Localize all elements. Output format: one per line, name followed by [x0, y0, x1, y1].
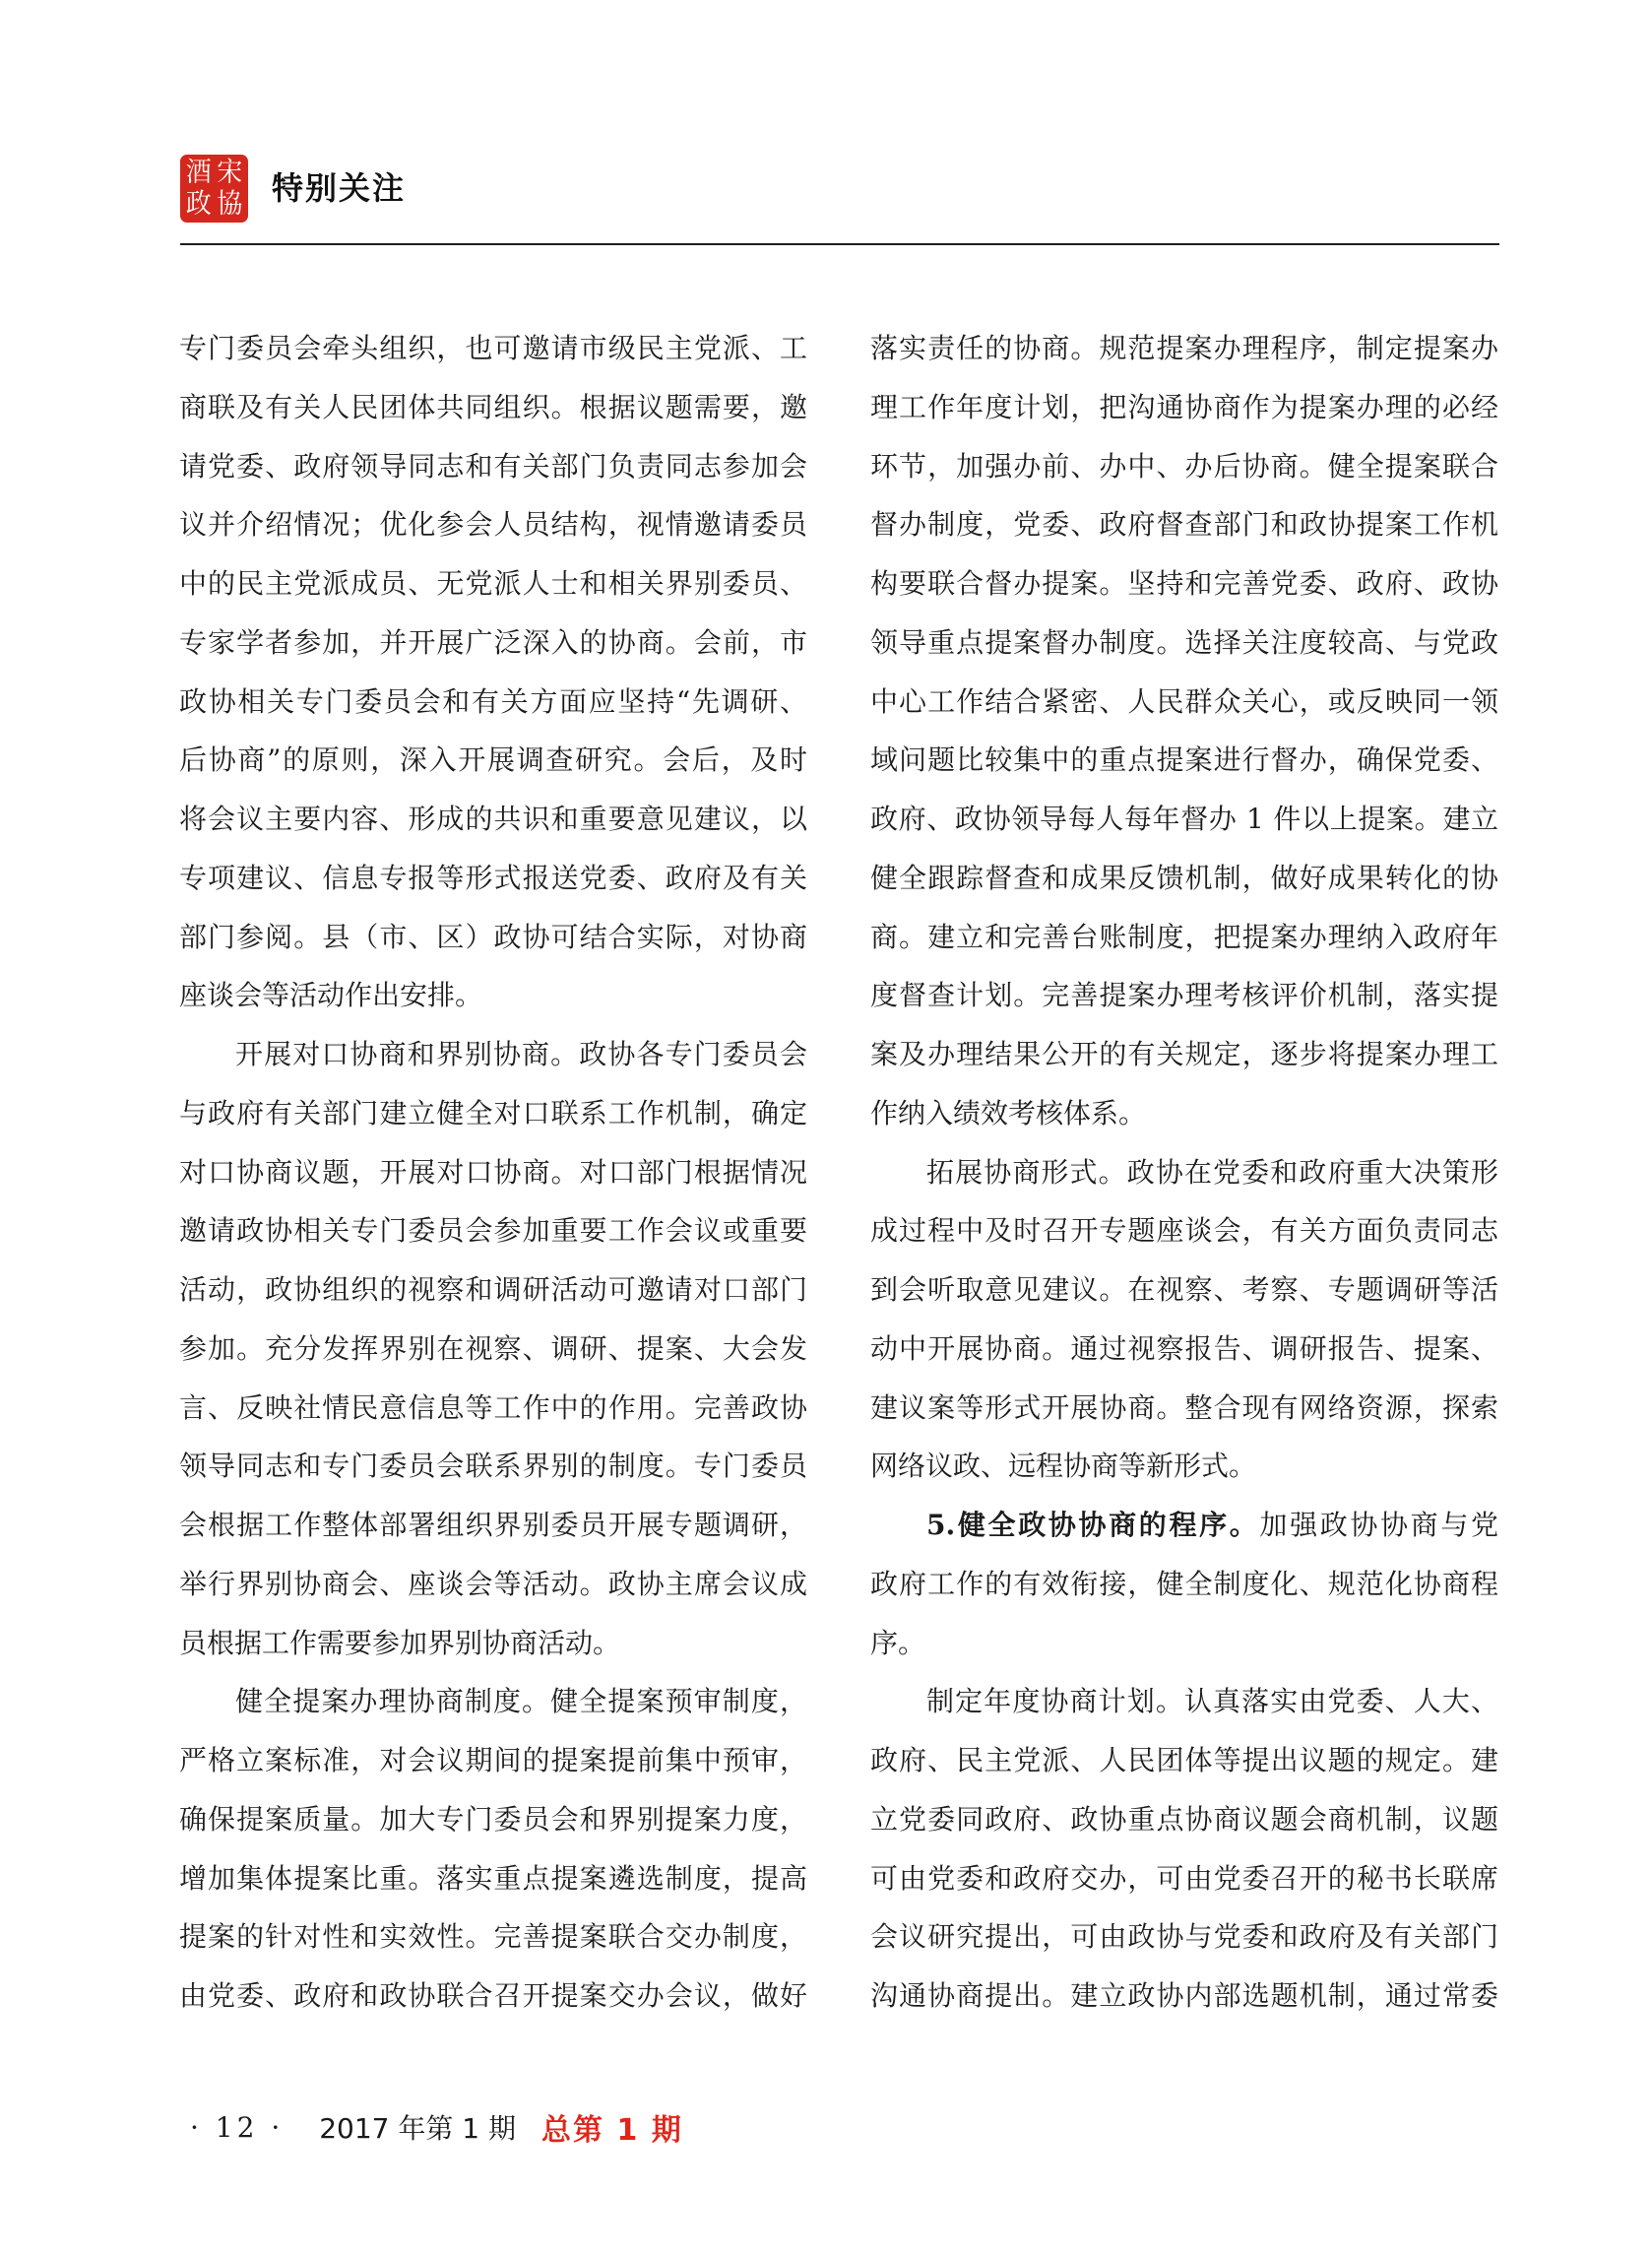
text-line: 政府、民主党派、人民团体等提出议题的规定。建 [870, 1731, 1498, 1790]
text-line: 落实责任的协商。规范提案办理程序，制定提案办 [870, 319, 1498, 378]
text-line: 商。建立和完善台账制度，把提案办理纳入政府年 [870, 908, 1498, 967]
text-line: 参加。充分发挥界别在视察、调研、提案、大会发 [179, 1320, 807, 1379]
page-number: · 12 · [190, 2111, 284, 2144]
text-line: 督办制度，党委、政府督查部门和政协提案工作机 [870, 495, 1498, 554]
text-line: 活动，政协组织的视察和调研活动可邀请对口部门 [179, 1260, 807, 1320]
seal-character: 酒 [183, 157, 215, 189]
text-line: 沟通协商提出。建立政协内部选题机制，通过常委 [870, 1967, 1498, 2026]
text-line: 序。 [870, 1614, 1498, 1673]
text-line: 后协商”的原则，深入开展调查研究。会后，及时 [179, 731, 807, 790]
text-line: 开展对口协商和界别协商。政协各专门委员会 [179, 1025, 807, 1084]
text-line: 构要联合督办提案。坚持和完善党委、政府、政协 [870, 554, 1498, 613]
text-line: 员根据工作需要参加界别协商活动。 [179, 1614, 807, 1673]
text-line: 请党委、政府领导同志和有关部门负责同志参加会 [179, 437, 807, 496]
text-line: 议并介绍情况；优化参会人员结构，视情邀请委员 [179, 495, 807, 554]
text-line: 域问题比较集中的重点提案进行督办，确保党委、 [870, 731, 1498, 790]
text-line: 到会听取意见建议。在视察、考察、专题调研等活 [870, 1260, 1498, 1320]
seal-character: 政 [183, 188, 215, 221]
text-line: 领导同志和专门委员会联系界别的制度。专门委员 [179, 1437, 807, 1496]
seal-character: 協 [215, 188, 246, 221]
seal-character: 宋 [215, 157, 246, 189]
text-line: 严格立案标准，对会议期间的提案提前集中预审， [179, 1731, 807, 1790]
text-line: 会根据工作整体部署组织界别委员开展专题调研， [179, 1496, 807, 1555]
text-line: 由党委、政府和政协联合召开提案交办会议，做好 [179, 1967, 807, 2026]
text-line: 立党委同政府、政协重点协商议题会商机制，议题 [870, 1790, 1498, 1849]
text-line: 增加集体提案比重。落实重点提案遴选制度，提高 [179, 1849, 807, 1908]
text-line: 确保提案质量。加大专门委员会和界别提案力度， [179, 1790, 807, 1849]
text-line: 专家学者参加，并开展广泛深入的协商。会前，市 [179, 613, 807, 673]
text-line: 健全提案办理协商制度。健全提案预审制度， [179, 1672, 807, 1731]
text-line: 建议案等形式开展协商。整合现有网络资源，探索 [870, 1379, 1498, 1438]
text-line: 座谈会等活动作出安排。 [179, 966, 807, 1025]
text-line: 会议研究提出，可由政协与党委和政府及有关部门 [870, 1907, 1498, 1967]
text-line: 部门参阅。县（市、区）政协可结合实际，对协商 [179, 908, 807, 967]
text-line: 将会议主要内容、形成的共识和重要意见建议，以 [179, 790, 807, 849]
text-line: 商联及有关人民团体共同组织。根据议题需要，邀 [179, 378, 807, 437]
text-line: 专门委员会牵头组织，也可邀请市级民主党派、工 [179, 319, 807, 378]
text-column-right: 落实责任的协商。规范提案办理程序，制定提案办理工作年度计划，把沟通协商作为提案办… [870, 319, 1498, 2026]
text-line: 动中开展协商。通过视察报告、调研报告、提案、 [870, 1320, 1498, 1379]
text-line: 与政府有关部门建立健全对口联系工作机制，确定 [179, 1084, 807, 1143]
text-line: 中心工作结合紧密、人民群众关心，或反映同一领 [870, 673, 1498, 732]
text-line: 中的民主党派成员、无党派人士和相关界别委员、 [179, 554, 807, 613]
text-line: 作纳入绩效考核体系。 [870, 1084, 1498, 1143]
text-line: 案及办理结果公开的有关规定，逐步将提案办理工 [870, 1025, 1498, 1084]
text-line: 拓展协商形式。政协在党委和政府重大决策形 [870, 1143, 1498, 1202]
text-line: 邀请政协相关专门委员会参加重要工作会议或重要 [179, 1201, 807, 1260]
text-line: 健全跟踪督查和成果反馈机制，做好成果转化的协 [870, 849, 1498, 908]
issue-label: 2017 年第 1 期 [319, 2107, 516, 2147]
text-line: 度督查计划。完善提案办理考核评价机制，落实提 [870, 966, 1498, 1025]
text-line: 提案的针对性和实效性。完善提案联合交办制度， [179, 1907, 807, 1967]
text-line: 制定年度协商计划。认真落实由党委、人大、 [870, 1672, 1498, 1731]
text-line: 举行界别协商会、座谈会等活动。政协主席会议成 [179, 1555, 807, 1614]
text-line: 政府工作的有效衔接，健全制度化、规范化协商程 [870, 1555, 1498, 1614]
text-line: 环节，加强办前、办中、办后协商。健全提案联合 [870, 437, 1498, 496]
text-line: 领导重点提案督办制度。选择关注度较高、与党政 [870, 613, 1498, 673]
journal-seal: 酒 宋 政 協 [180, 155, 248, 223]
text-line: 5.健全政协协商的程序。加强政协协商与党委、 [870, 1496, 1498, 1555]
text-line: 言、反映社情民意信息等工作中的作用。完善政协 [179, 1379, 807, 1438]
text-line: 可由党委和政府交办，可由党委召开的秘书长联席 [870, 1849, 1498, 1908]
text-line: 对口协商议题，开展对口协商。对口部门根据情况 [179, 1143, 807, 1202]
text-line: 政协相关专门委员会和有关方面应坚持“先调研、 [179, 673, 807, 732]
section-title: 特别关注 [272, 171, 406, 205]
text-line: 网络议政、远程协商等新形式。 [870, 1437, 1498, 1496]
text-column-left: 专门委员会牵头组织，也可邀请市级民主党派、工商联及有关人民团体共同组织。根据议题… [179, 319, 807, 2026]
text-line: 理工作年度计划，把沟通协商作为提案办理的必经 [870, 378, 1498, 437]
cumulative-issue-label: 总第 1 期 [541, 2105, 683, 2149]
header-divider [180, 243, 1499, 245]
text-line: 专项建议、信息专报等形式报送党委、政府及有关 [179, 849, 807, 908]
page-footer: · 12 · 2017 年第 1 期 总第 1 期 [190, 2107, 683, 2147]
text-line: 成过程中及时召开专题座谈会，有关方面负责同志 [870, 1201, 1498, 1260]
text-line: 政府、政协领导每人每年督办 1 件以上提案。建立 [870, 790, 1498, 849]
